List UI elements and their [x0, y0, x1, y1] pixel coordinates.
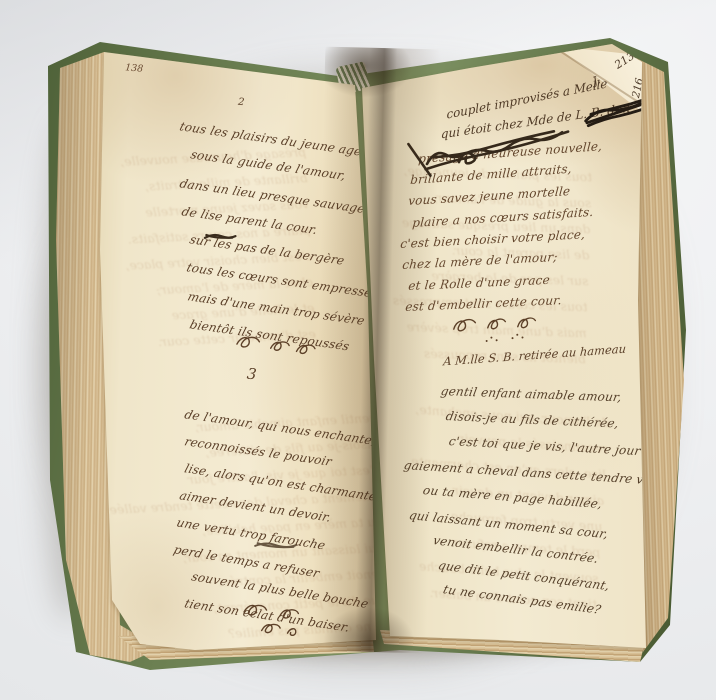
right-page: tous les plaisirs du jeune age,sous la g…: [360, 40, 690, 665]
page-crease: [148, 47, 204, 63]
manuscript-photo-scene: présage d'heureuse nouvelle,brillante de…: [0, 0, 716, 700]
stanza-number-3: 3: [246, 365, 257, 384]
crossed-out-scribble: [580, 89, 672, 137]
left-page: présage d'heureuse nouvelle,brillante de…: [95, 45, 380, 655]
open-pages: présage d'heureuse nouvelle,brillante de…: [0, 0, 716, 700]
left-stanza-3: de l'amour, qui nous enchante,reconnoiss…: [172, 407, 381, 623]
right-stanza-2: gentil enfant aimable amour,disois-je au…: [370, 384, 677, 607]
stanza-number-2: 2: [237, 97, 244, 109]
left-page-number: 138: [125, 62, 144, 75]
